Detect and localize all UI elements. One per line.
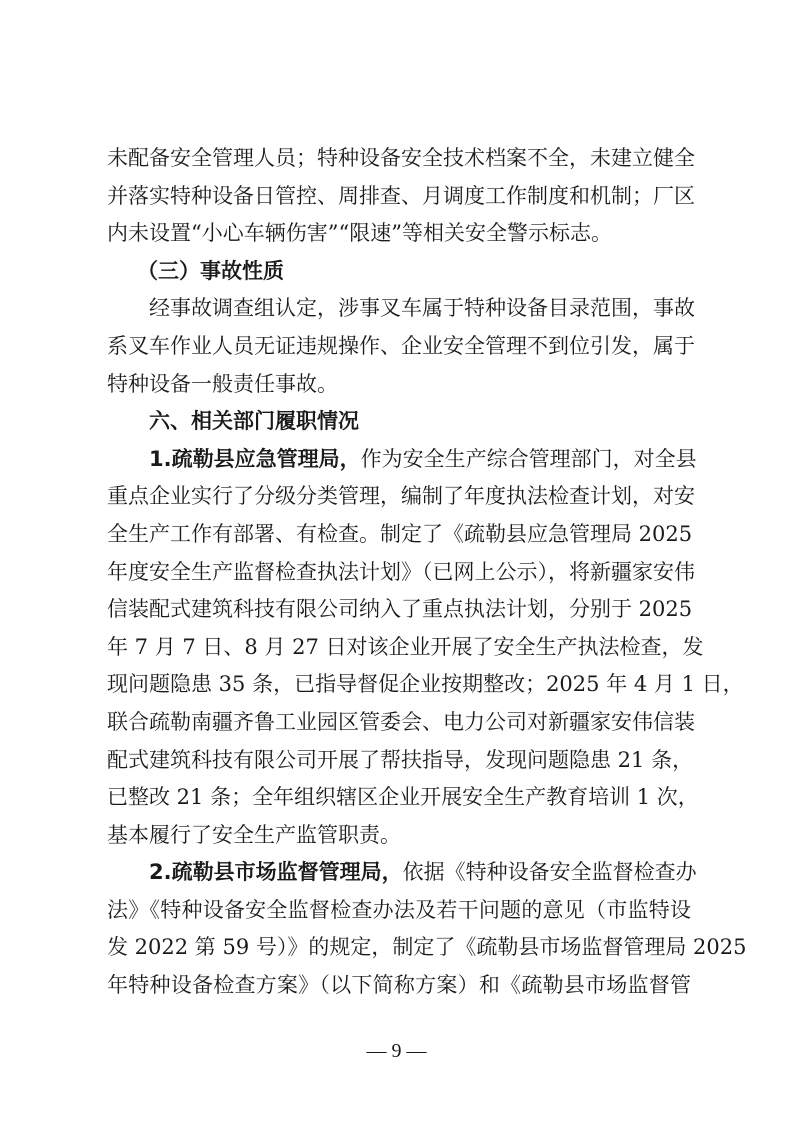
section-heading-department-duties: 六、相关部门履职情况 <box>107 403 691 441</box>
paragraph-text: 依据《特种设备安全监督检查办 <box>403 854 697 892</box>
paragraph-line-with-lead: 1.疏勒县应急管理局， 作为安全生产综合管理部门，对全县 <box>107 441 691 479</box>
paragraph-line: 特种设备一般责任事故。 <box>107 366 691 404</box>
paragraph-line: 年 7 月 7 日、8 月 27 日对该企业开展了安全生产执法检查，发 <box>107 629 691 667</box>
page-number: — 9 — <box>0 1040 793 1063</box>
paragraph-line: 系叉车作业人员无证违规操作、企业安全管理不到位引发，属于 <box>107 328 691 366</box>
document-page: 未配备安全管理人员；特种设备安全技术档案不全，未建立健全 并落实特种设备日管控、… <box>107 140 691 1005</box>
paragraph-line: 发 2022 第 59 号）》的规定，制定了《疏勒县市场监督管理局 2025 <box>107 929 691 967</box>
paragraph-text: 作为安全生产综合管理部门，对全县 <box>361 441 697 479</box>
paragraph-line: 经事故调查组认定，涉事叉车属于特种设备目录范围，事故 <box>107 290 691 328</box>
paragraph-line: 重点企业实行了分级分类管理，编制了年度执法检查计划，对安 <box>107 478 691 516</box>
paragraph-line: 已整改 21 条；全年组织辖区企业开展安全生产教育培训 1 次， <box>107 779 691 817</box>
paragraph-line: 信装配式建筑科技有限公司纳入了重点执法计划，分别于 2025 <box>107 591 691 629</box>
paragraph-line: 全生产工作有部署、有检查。制定了《疏勒县应急管理局 2025 <box>107 516 691 554</box>
paragraph-line: 年特种设备检查方案》（以下简称方案）和《疏勒县市场监督管 <box>107 967 691 1005</box>
department-name-emergency: 1.疏勒县应急管理局， <box>149 441 361 479</box>
paragraph-line: 配式建筑科技有限公司开展了帮扶指导，发现问题隐患 21 条， <box>107 742 691 780</box>
paragraph-line: 未配备安全管理人员；特种设备安全技术档案不全，未建立健全 <box>107 140 691 178</box>
department-name-market-supervision: 2.疏勒县市场监督管理局， <box>149 854 403 892</box>
paragraph-line: 联合疏勒南疆齐鲁工业园区管委会、电力公司对新疆家安伟信装 <box>107 704 691 742</box>
paragraph-line: 基本履行了安全生产监管职责。 <box>107 817 691 855</box>
section-heading-accident-nature: （三）事故性质 <box>107 253 691 291</box>
paragraph-line: 法》《特种设备安全监督检查办法及若干问题的意见（市监特设 <box>107 892 691 930</box>
paragraph-line: 年度安全生产监督检查执法计划》（已网上公示），将新疆家安伟 <box>107 554 691 592</box>
paragraph-line: 内未设置“小心车辆伤害”“限速”等相关安全警示标志。 <box>107 215 691 253</box>
paragraph-line: 现问题隐患 35 条，已指导督促企业按期整改；2025 年 4 月 1 日， <box>107 666 691 704</box>
paragraph-line-with-lead: 2.疏勒县市场监督管理局， 依据《特种设备安全监督检查办 <box>107 854 691 892</box>
paragraph-line: 并落实特种设备日管控、周排查、月调度工作制度和机制；厂区 <box>107 178 691 216</box>
